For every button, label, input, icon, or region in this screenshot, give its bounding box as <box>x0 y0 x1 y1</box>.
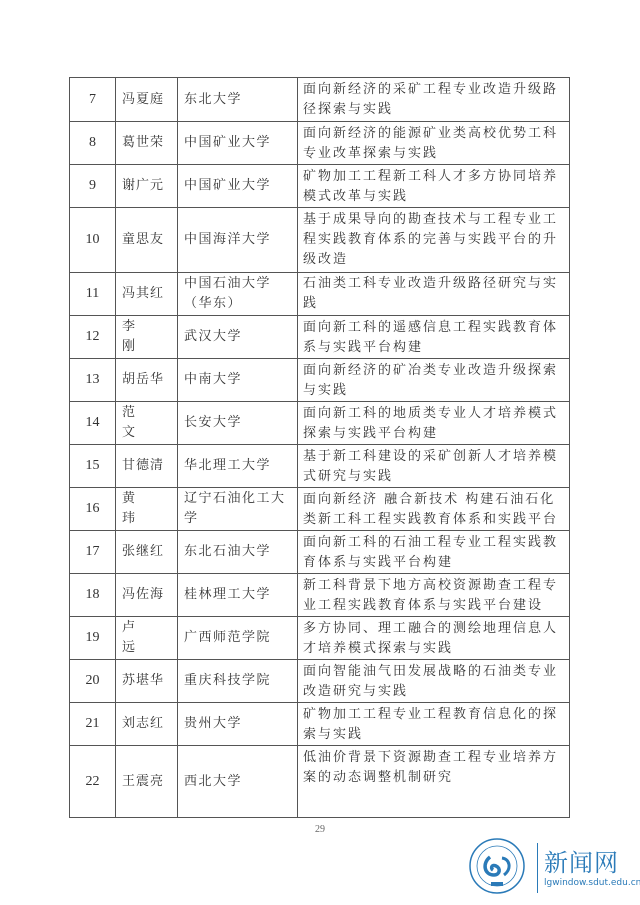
table-row: 8葛世荣中国矿业大学面向新经济的能源矿业类高校优势工科专业改革探索与实践 <box>70 122 570 165</box>
logo-divider <box>537 843 538 893</box>
school-name: 长安大学 <box>178 402 298 445</box>
table-row: 15甘德清华北理工大学基于新工科建设的采矿创新人才培养模式研究与实践 <box>70 445 570 488</box>
table-row: 14范文长安大学面向新工科的地质类专业人才培养模式探索与实践平台构建 <box>70 402 570 445</box>
row-number: 11 <box>70 273 116 316</box>
school-name: 辽宁石油化工大学 <box>178 488 298 531</box>
school-name: 华北理工大学 <box>178 445 298 488</box>
person-name: 谢广元 <box>116 165 178 208</box>
school-name: 中南大学 <box>178 359 298 402</box>
project-title: 面向新经济的能源矿业类高校优势工科专业改革探索与实践 <box>298 122 570 165</box>
person-name: 张继红 <box>116 531 178 574</box>
project-title: 石油类工科专业改造升级路径研究与实践 <box>298 273 570 316</box>
project-title: 矿物加工工程新工科人才多方协同培养模式改革与实践 <box>298 165 570 208</box>
row-number: 19 <box>70 617 116 660</box>
row-number: 14 <box>70 402 116 445</box>
table-row: 11冯其红中国石油大学（华东）石油类工科专业改造升级路径研究与实践 <box>70 273 570 316</box>
person-name: 黄玮 <box>116 488 178 531</box>
table-row: 22王震亮西北大学低油价背景下资源勘查工程专业培养方案的动态调整机制研究 <box>70 746 570 818</box>
school-name: 中国矿业大学 <box>178 165 298 208</box>
school-name: 桂林理工大学 <box>178 574 298 617</box>
row-number: 20 <box>70 660 116 703</box>
row-number: 12 <box>70 316 116 359</box>
person-name: 胡岳华 <box>116 359 178 402</box>
project-title: 矿物加工工程专业工程教育信息化的探索与实践 <box>298 703 570 746</box>
person-name: 葛世荣 <box>116 122 178 165</box>
row-number: 9 <box>70 165 116 208</box>
project-title: 面向新经济的采矿工程专业改造升级路径探索与实践 <box>298 78 570 122</box>
site-url: lgwindow.sdut.edu.cn <box>544 878 640 888</box>
table-row: 9谢广元中国矿业大学矿物加工工程新工科人才多方协同培养模式改革与实践 <box>70 165 570 208</box>
row-number: 13 <box>70 359 116 402</box>
row-number: 8 <box>70 122 116 165</box>
project-title: 面向新工科的遥感信息工程实践教育体系与实践平台构建 <box>298 316 570 359</box>
table-row: 21刘志红贵州大学矿物加工工程专业工程教育信息化的探索与实践 <box>70 703 570 746</box>
person-name: 童思友 <box>116 208 178 273</box>
row-number: 22 <box>70 746 116 818</box>
project-title: 面向新经济 融合新技术 构建石油石化类新工科工程实践教育体系和实践平台 <box>298 488 570 531</box>
person-name: 李刚 <box>116 316 178 359</box>
project-title: 多方协同、理工融合的测绘地理信息人才培养模式探索与实践 <box>298 617 570 660</box>
school-name: 广西师范学院 <box>178 617 298 660</box>
project-title: 面向新经济的矿冶类专业改造升级探索与实践 <box>298 359 570 402</box>
school-name: 东北大学 <box>178 78 298 122</box>
school-name: 西北大学 <box>178 746 298 818</box>
row-number: 15 <box>70 445 116 488</box>
watermark-logo: 新闻网 lgwindow.sdut.edu.cn <box>468 837 638 901</box>
school-name: 贵州大学 <box>178 703 298 746</box>
page-number: 29 <box>0 824 640 835</box>
school-name: 东北石油大学 <box>178 531 298 574</box>
person-name: 苏堪华 <box>116 660 178 703</box>
table-row: 19卢远广西师范学院多方协同、理工融合的测绘地理信息人才培养模式探索与实践 <box>70 617 570 660</box>
table-row: 13胡岳华中南大学面向新经济的矿冶类专业改造升级探索与实践 <box>70 359 570 402</box>
table-row: 10童思友中国海洋大学基于成果导向的勘查技术与工程专业工程实践教育体系的完善与实… <box>70 208 570 273</box>
person-name: 刘志红 <box>116 703 178 746</box>
project-title: 面向新工科的地质类专业人才培养模式探索与实践平台构建 <box>298 402 570 445</box>
table-row: 12李刚武汉大学面向新工科的遥感信息工程实践教育体系与实践平台构建 <box>70 316 570 359</box>
table-row: 17张继红东北石油大学面向新工科的石油工程专业工程实践教育体系与实践平台构建 <box>70 531 570 574</box>
project-title: 面向新工科的石油工程专业工程实践教育体系与实践平台构建 <box>298 531 570 574</box>
row-number: 18 <box>70 574 116 617</box>
person-name: 甘德清 <box>116 445 178 488</box>
row-number: 21 <box>70 703 116 746</box>
school-name: 中国海洋大学 <box>178 208 298 273</box>
school-name: 中国石油大学（华东） <box>178 273 298 316</box>
project-title: 基于新工科建设的采矿创新人才培养模式研究与实践 <box>298 445 570 488</box>
row-number: 7 <box>70 78 116 122</box>
person-name: 冯夏庭 <box>116 78 178 122</box>
row-number: 17 <box>70 531 116 574</box>
person-name: 卢远 <box>116 617 178 660</box>
table-row: 18冯佐海桂林理工大学新工科背景下地方高校资源勘查工程专业工程实践教育体系与实践… <box>70 574 570 617</box>
person-name: 王震亮 <box>116 746 178 818</box>
site-title: 新闻网 <box>544 843 619 878</box>
row-number: 10 <box>70 208 116 273</box>
school-name: 中国矿业大学 <box>178 122 298 165</box>
school-name: 武汉大学 <box>178 316 298 359</box>
person-name: 范文 <box>116 402 178 445</box>
person-name: 冯佐海 <box>116 574 178 617</box>
project-title: 基于成果导向的勘查技术与工程专业工程实践教育体系的完善与实践平台的升级改造 <box>298 208 570 273</box>
person-name: 冯其红 <box>116 273 178 316</box>
project-table: 7冯夏庭东北大学面向新经济的采矿工程专业改造升级路径探索与实践8葛世荣中国矿业大… <box>69 77 570 818</box>
school-name: 重庆科技学院 <box>178 660 298 703</box>
row-number: 16 <box>70 488 116 531</box>
project-title: 面向智能油气田发展战略的石油类专业改造研究与实践 <box>298 660 570 703</box>
table-row: 16黄玮辽宁石油化工大学面向新经济 融合新技术 构建石油石化类新工科工程实践教育… <box>70 488 570 531</box>
project-title: 低油价背景下资源勘查工程专业培养方案的动态调整机制研究 <box>298 746 570 818</box>
project-title: 新工科背景下地方高校资源勘查工程专业工程实践教育体系与实践平台建设 <box>298 574 570 617</box>
table-row: 20苏堪华重庆科技学院面向智能油气田发展战略的石油类专业改造研究与实践 <box>70 660 570 703</box>
table-row: 7冯夏庭东北大学面向新经济的采矿工程专业改造升级路径探索与实践 <box>70 78 570 122</box>
university-seal-icon <box>468 837 526 895</box>
